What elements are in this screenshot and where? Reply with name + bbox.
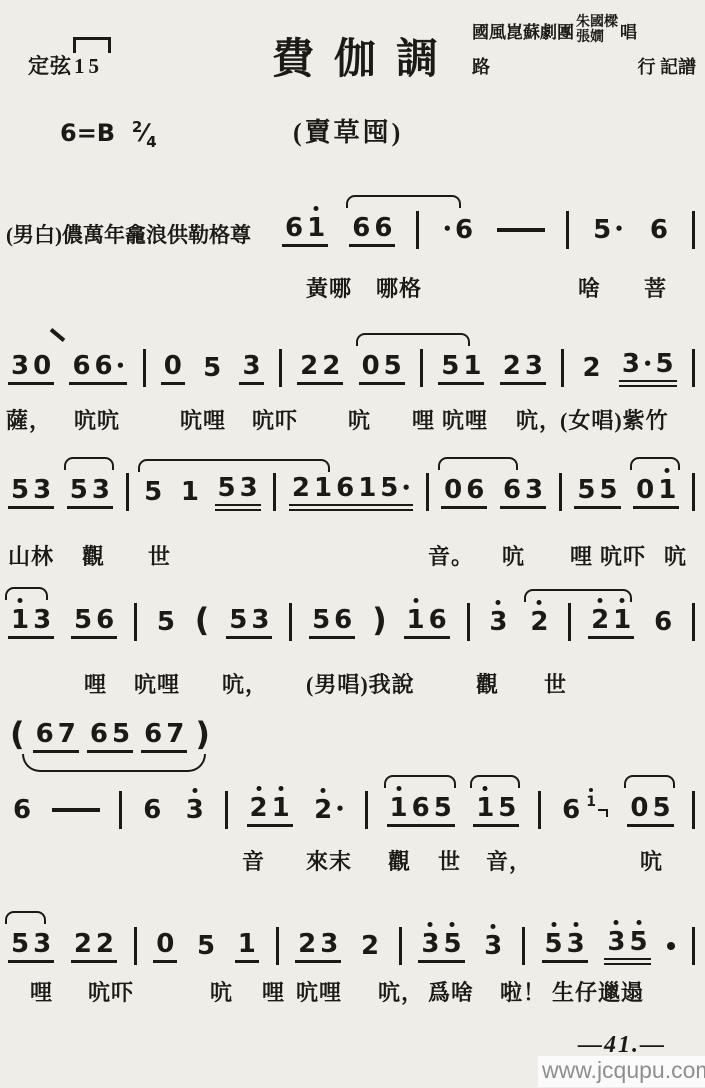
barline — [399, 927, 402, 965]
note-digit: 3 — [605, 929, 627, 955]
note-digit: 2 — [290, 475, 312, 501]
lyric-word: 哩 — [412, 404, 435, 435]
note-group: 51 — [438, 351, 484, 385]
note-digit: 0 — [31, 353, 53, 379]
lyric-word: 哩 — [84, 668, 107, 699]
note-digit: 6 — [70, 353, 92, 379]
note-digit: 5 — [142, 479, 164, 505]
note-digit: 1 — [388, 795, 410, 821]
slur-arc — [346, 195, 461, 208]
lyric-word: 菩 — [644, 272, 667, 303]
barline — [692, 211, 695, 249]
slur-arc — [630, 457, 680, 470]
note-group: 63 — [500, 475, 546, 509]
note-digit: 1 — [179, 479, 201, 505]
note-group: 6 — [10, 795, 34, 826]
system-3-lyrics: 山林觀世音。吭哩吭吓吭 — [0, 540, 705, 570]
sing-label: 唱 — [620, 18, 637, 43]
watermark: www.jcqupu.com — [538, 1056, 705, 1087]
lyric-word: 吭哩 — [296, 976, 342, 1007]
note-group: 67 — [33, 719, 79, 753]
octave-dot-high — [278, 786, 283, 791]
augmentation-dot — [667, 942, 675, 950]
note-digit: 5 — [496, 795, 518, 821]
pickup-slur-arc — [22, 754, 206, 772]
note-digit: 3 — [620, 351, 642, 377]
octave-dot-high — [589, 788, 593, 792]
note-digit: 6 — [141, 797, 163, 823]
system-3-music: 5353515321615•06635501 — [8, 462, 695, 522]
octave-dot-high — [413, 598, 418, 603]
barline — [692, 349, 695, 387]
singer-2: 張嫺 — [576, 31, 618, 46]
lyric-word: 哩 — [570, 540, 593, 571]
parenthesis: ( — [10, 715, 25, 753]
note-group: 35 — [604, 927, 650, 965]
barline — [289, 603, 292, 641]
octave-dot-high — [537, 600, 542, 605]
lyric-word: 哩 — [262, 976, 285, 1007]
lyric-word: 吭 — [348, 404, 371, 435]
note-digit: 5 — [378, 475, 400, 501]
credits-block: 國風崑蘇劇團 朱國樑 張嫺 唱 路 行 記譜 — [472, 16, 700, 79]
note-digit: 1 — [461, 353, 483, 379]
note-digit: 1 — [270, 795, 292, 821]
note-digit: 3 — [482, 933, 504, 959]
lyric-word: 音 — [242, 845, 265, 876]
dot-after: • — [334, 802, 346, 817]
dot-after: • — [400, 481, 412, 496]
note-digit: 5 — [310, 607, 332, 633]
system-4-music: 13565(5356)1632216 — [8, 592, 695, 652]
barline — [365, 791, 368, 829]
lyric-word: 觀 — [476, 668, 499, 699]
note-digit: 0 — [628, 795, 650, 821]
note-digit: 5 — [9, 931, 31, 957]
note-digit: 1 — [656, 477, 678, 503]
dot-after: • — [115, 359, 127, 374]
note-group: 06 — [441, 475, 487, 509]
barline — [225, 791, 228, 829]
note-group: 05 — [359, 351, 405, 385]
note-digit: 6 — [142, 721, 164, 747]
notator-surname: 路 — [472, 53, 490, 79]
lyric-word: 世 — [148, 540, 171, 571]
lyric-word: 黃哪 — [306, 272, 352, 303]
lyric-word: 音， — [486, 845, 532, 876]
note-digit: 1 — [611, 607, 633, 633]
barline — [538, 791, 541, 829]
note-digit: 6 — [11, 797, 33, 823]
octave-dot-high — [598, 598, 603, 603]
credits-notation: 路 行 記譜 — [472, 53, 700, 79]
note-group: 55 — [574, 475, 620, 509]
grace-hook — [598, 809, 608, 817]
system-1-lyrics: 黃哪哪格啥菩 — [0, 272, 705, 302]
note-digit: 1 — [474, 795, 496, 821]
lyric-word: 世 — [544, 668, 567, 699]
tuning-strings: 15 — [72, 54, 105, 79]
note-group: 56 — [71, 605, 117, 639]
note-group: 5 — [200, 353, 224, 384]
slur-arc — [624, 775, 674, 788]
note-group: 61 — [282, 213, 328, 247]
note-digit: 7 — [164, 721, 186, 747]
barline — [134, 603, 137, 641]
lyric-word: 啥 — [578, 272, 601, 303]
lyric-word: 吭吭 — [74, 404, 120, 435]
note-group: 1 — [235, 929, 259, 963]
note-digit: 3 — [238, 475, 260, 501]
barline — [692, 603, 695, 641]
lyric-word: 山林 — [8, 540, 54, 571]
octave-dot-high — [450, 922, 455, 927]
octave-dot-high — [192, 788, 197, 793]
slur-arc — [5, 587, 48, 600]
lyric-word: 吭哩 — [442, 404, 488, 435]
grace-note: 1 — [585, 795, 597, 809]
note-digit: 6 — [283, 215, 305, 241]
note-digit: 2 — [94, 931, 116, 957]
barline — [420, 349, 423, 387]
note-digit: 6 — [648, 217, 670, 243]
note-group: 23 — [500, 351, 546, 385]
note-digit: 5 — [575, 477, 597, 503]
lyric-word: 來末 — [306, 845, 352, 876]
note-digit: 1 — [312, 475, 334, 501]
note-group: 5 — [194, 931, 218, 962]
note-group: 2 — [358, 931, 382, 962]
note-group: 01 — [633, 475, 679, 509]
note-group: 53 — [542, 929, 588, 963]
note-digit: 2 — [320, 353, 342, 379]
note-group: 21 — [588, 605, 634, 639]
note-digit: 2 — [589, 607, 611, 633]
slur-arc — [384, 775, 456, 788]
barline — [416, 211, 419, 249]
note-group: 05 — [627, 793, 673, 827]
system-5-music: 663212•165156105 — [10, 780, 695, 840]
notator-given-and-label: 行 記譜 — [638, 53, 697, 79]
barline — [568, 603, 571, 641]
note-group: 6 — [651, 607, 675, 638]
note-group: 66• — [69, 351, 127, 385]
note-digit: 6 — [652, 609, 674, 635]
note-group: 66 — [349, 213, 395, 247]
barline — [467, 603, 470, 641]
credits-performers: 國風崑蘇劇團 朱國樑 張嫺 唱 — [472, 16, 700, 45]
sheet-music-page: 定弦15 費伽調 國風崑蘇劇團 朱國樑 張嫺 唱 路 行 記譜 6=B 2⁄4 … — [0, 0, 705, 1088]
note-group: 22 — [71, 929, 117, 963]
note-digit: 5 — [72, 607, 94, 633]
lyric-word: 吭 — [210, 976, 233, 1007]
note-digit: 6 — [93, 353, 115, 379]
note-digit: 6 — [88, 721, 110, 747]
note-digit: 5 — [591, 217, 613, 243]
note-digit: 2 — [580, 355, 602, 381]
note-digit: 5 — [597, 477, 619, 503]
note-digit: 6 — [334, 475, 356, 501]
note-group: 5 — [141, 477, 165, 508]
barline — [559, 473, 562, 511]
note-digit: 6 — [560, 797, 582, 823]
octave-dot-high — [665, 468, 670, 473]
octave-dot-high — [483, 786, 488, 791]
note-group: 13 — [8, 605, 54, 639]
slur-arc — [5, 911, 46, 924]
note-digit: 0 — [154, 931, 176, 957]
note-group: 21615• — [289, 473, 413, 511]
key-signature: 6=B 2⁄4 — [60, 118, 157, 151]
meter: 2⁄4 — [132, 119, 157, 147]
note-digit: 1 — [9, 607, 31, 633]
note-group: 0 — [161, 351, 185, 385]
note-group: 67 — [141, 719, 187, 753]
note-digit: 3 — [249, 607, 271, 633]
note-digit: 6 — [410, 795, 432, 821]
note-digit: 2 — [298, 353, 320, 379]
note-digit: 3 — [487, 609, 509, 635]
troupe-name: 國風崑蘇劇團 — [472, 18, 574, 43]
note-digit: 3 — [523, 353, 545, 379]
dot-after: • — [642, 357, 654, 372]
note-group: 16 — [404, 605, 450, 639]
note-group: 0 — [153, 929, 177, 963]
note-group: •6 — [440, 215, 476, 246]
octave-dot-high — [496, 600, 501, 605]
tuning-label: 定弦 — [28, 54, 72, 78]
note-digit: 2 — [248, 795, 270, 821]
lyric-word: 吭 — [502, 540, 525, 571]
note-digit: 2 — [528, 609, 550, 635]
note-continuation-dash — [52, 808, 100, 812]
note-digit: 5 — [195, 933, 217, 959]
barline — [276, 927, 279, 965]
page-number: —41.— — [578, 1032, 666, 1059]
dot-after: • — [613, 222, 625, 237]
note-group: 5 — [154, 607, 178, 638]
lyric-word: 觀 — [388, 845, 411, 876]
lyric-word: 世 — [438, 845, 461, 876]
note-group: 53 — [8, 475, 54, 509]
slur-arc — [64, 457, 114, 470]
note-digit: 3 — [184, 797, 206, 823]
lyric-word: (女唱)紫竹 — [560, 404, 669, 435]
lyric-word: 吭 — [664, 540, 687, 571]
note-group: 1 — [178, 477, 202, 508]
note-group: 22 — [297, 351, 343, 385]
barline — [279, 349, 282, 387]
lyric-word: 薩， — [6, 404, 52, 435]
lyric-word: 音。 — [428, 540, 474, 571]
note-digit: 5 — [650, 795, 672, 821]
note-digit: 5 — [110, 721, 132, 747]
note-digit: 3 — [31, 477, 53, 503]
barline — [692, 473, 695, 511]
dot-after: • — [441, 222, 453, 237]
barline — [119, 791, 122, 829]
lyric-word: 哩 — [30, 976, 53, 1007]
system-1-music: (男白)儂萬年龕浪供勒格尊6166•65•6 — [6, 200, 695, 260]
barline — [566, 211, 569, 249]
note-group: 65 — [87, 719, 133, 753]
note-group: 15 — [473, 793, 519, 827]
note-group: 3 — [239, 351, 263, 385]
note-digit: 6 — [350, 215, 372, 241]
slur-arc — [356, 333, 471, 346]
note-digit: 5 — [227, 607, 249, 633]
lyric-word: 啦！ — [500, 976, 546, 1007]
barline — [522, 927, 525, 965]
note-digit: 2 — [296, 931, 318, 957]
octave-dot-high — [428, 922, 433, 927]
note-digit: 6 — [332, 607, 354, 633]
lyric-word: 生仔邋遢 — [552, 976, 644, 1007]
note-digit: 6 — [464, 477, 486, 503]
note-group: 53 — [226, 605, 272, 639]
note-group: 2 — [527, 607, 551, 638]
note-digit: 0 — [162, 353, 184, 379]
note-digit: 5 — [441, 931, 463, 957]
barline — [561, 349, 564, 387]
note-group: 53 — [215, 473, 261, 511]
system-6-lyrics: 哩吭吓吭哩吭哩吭，爲啥啦！生仔邋遢 — [0, 976, 705, 1006]
note-digit: 5 — [439, 353, 461, 379]
note-group: 3 — [486, 607, 510, 638]
parenthesis: ) — [195, 715, 210, 753]
note-group: 165 — [387, 793, 455, 827]
note-digit: 0 — [442, 477, 464, 503]
note-continuation-dash — [497, 228, 545, 232]
octave-dot-high — [314, 206, 319, 211]
octave-dot-high — [573, 922, 578, 927]
note-group: 53 — [8, 929, 54, 963]
note-digit: 7 — [56, 721, 78, 747]
note-digit: 1 — [356, 475, 378, 501]
note-digit: 5 — [382, 353, 404, 379]
note-digit: 3 — [565, 931, 587, 957]
note-digit: 0 — [360, 353, 382, 379]
note-digit: 3 — [523, 477, 545, 503]
note-group: 53 — [67, 475, 113, 509]
system-2-music: 3066•0532205512323•5 — [8, 338, 695, 398]
barline — [126, 473, 129, 511]
spoken-text: (男白)儂萬年龕浪供勒格尊 — [6, 219, 251, 249]
octave-dot-high — [396, 786, 401, 791]
lyric-word: 吭吓 — [252, 404, 298, 435]
note-digit: 5 — [627, 929, 649, 955]
note-group: 30 — [8, 351, 54, 385]
note-digit: 5 — [654, 351, 676, 377]
octave-dot-high — [321, 788, 326, 793]
note-group: 6 — [140, 795, 164, 826]
note-digit: 6 — [453, 217, 475, 243]
note-digit: 2 — [359, 933, 381, 959]
note-digit: 5 — [155, 609, 177, 635]
note-digit: 3 — [31, 607, 53, 633]
note-digit: 6 — [34, 721, 56, 747]
barline — [692, 791, 695, 829]
lyric-word: 爲啥 — [428, 976, 474, 1007]
note-digit: 5 — [543, 931, 565, 957]
octave-dot-high — [636, 920, 641, 925]
note-digit: 5 — [201, 355, 223, 381]
note-digit: 3 — [31, 931, 53, 957]
note-group: 56 — [309, 605, 355, 639]
octave-dot-high — [491, 924, 496, 929]
note-digit: 1 — [305, 215, 327, 241]
glissando-mark — [50, 328, 66, 342]
note-digit: 6 — [94, 607, 116, 633]
barline — [273, 473, 276, 511]
tuning-bracket — [73, 37, 111, 53]
lyric-word: 吭， — [516, 404, 562, 435]
barline — [692, 927, 695, 965]
slur-arc — [470, 775, 520, 788]
lyric-word: 觀 — [82, 540, 105, 571]
lyric-word: 吭哩 — [134, 668, 180, 699]
note-group: 3•5 — [619, 349, 677, 387]
system-5-lyrics: 音來末觀世音，吭 — [0, 845, 705, 875]
octave-dot-high — [256, 786, 261, 791]
note-digit: 5 — [9, 477, 31, 503]
note-digit: 6 — [372, 215, 394, 241]
lyric-word: 吭 — [640, 845, 663, 876]
note-digit: 3 — [240, 353, 262, 379]
lyric-word: 吭吓 — [600, 540, 646, 571]
note-group: 21 — [247, 793, 293, 827]
note-digit: 3 — [9, 353, 31, 379]
note-digit: 6 — [501, 477, 523, 503]
lyric-word: (男唱)我說 — [306, 668, 415, 699]
tuning-indication: 定弦15 — [28, 50, 105, 80]
key-value: 6=B — [60, 119, 115, 147]
note-digit: 3 — [90, 477, 112, 503]
note-group: 35 — [418, 929, 464, 963]
octave-dot-high — [551, 922, 556, 927]
singer-names: 朱國樑 張嫺 — [576, 16, 618, 45]
note-group: 3 — [183, 795, 207, 826]
octave-dot-high — [620, 598, 625, 603]
note-digit: 2 — [72, 931, 94, 957]
system-2-lyrics: 薩，吭吭吭哩吭吓吭哩吭哩吭，(女唱)紫竹 — [0, 404, 705, 434]
note-group: 6 — [647, 215, 671, 246]
system-6-music: 53220512323535335 — [8, 916, 695, 976]
barline — [426, 473, 429, 511]
note-group: 61 — [559, 795, 609, 826]
slur-arc — [138, 459, 330, 472]
note-digit: 2 — [501, 353, 523, 379]
slur-arc — [438, 457, 518, 470]
note-digit: 1 — [236, 931, 258, 957]
note-digit: 3 — [318, 931, 340, 957]
note-group: 2• — [311, 795, 347, 826]
note-digit: 5 — [216, 475, 238, 501]
lyric-word: 吭， — [378, 976, 424, 1007]
lyric-word: 吭哩 — [180, 404, 226, 435]
note-digit: 5 — [432, 795, 454, 821]
note-group: 5• — [590, 215, 626, 246]
note-digit: 1 — [405, 607, 427, 633]
note-digit: 5 — [68, 477, 90, 503]
lyric-word: 哪格 — [376, 272, 422, 303]
note-digit: 3 — [419, 931, 441, 957]
parenthesis: ( — [195, 601, 210, 639]
note-group: 2 — [579, 353, 603, 384]
parenthesis: ) — [372, 601, 387, 639]
barline — [134, 927, 137, 965]
note-digit: 0 — [634, 477, 656, 503]
